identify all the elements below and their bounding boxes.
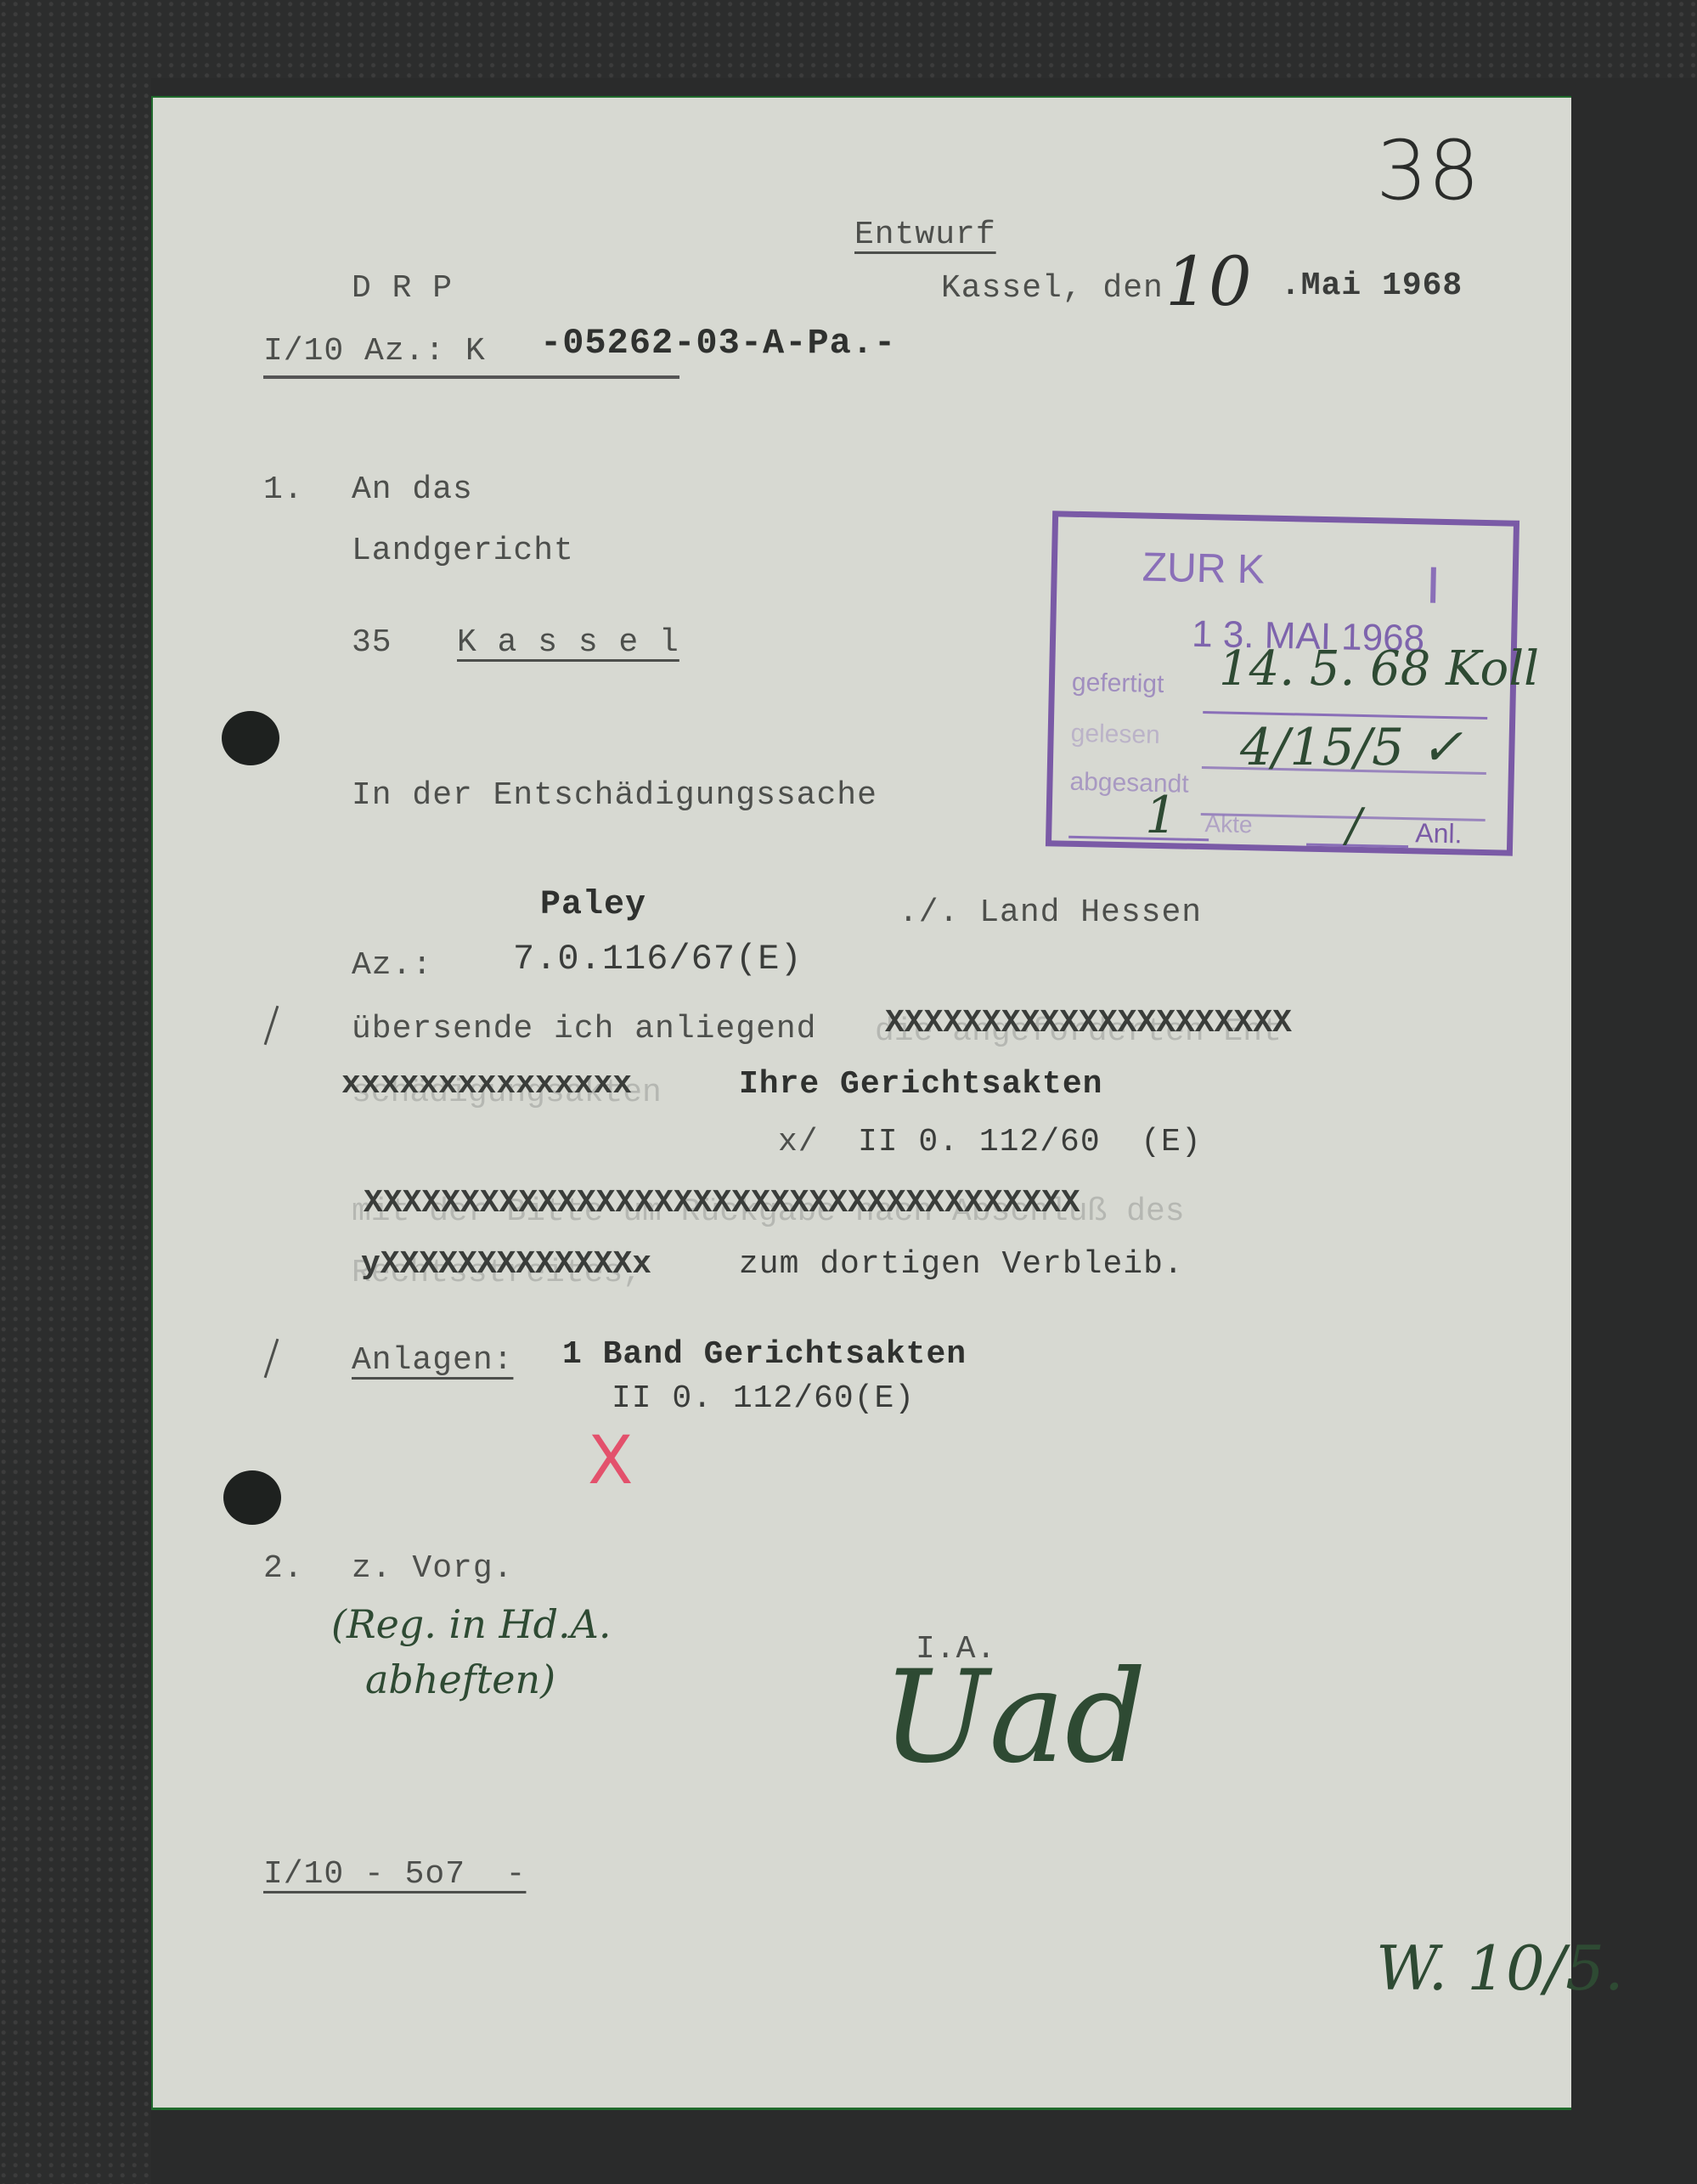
punch-hole-top bbox=[222, 711, 279, 765]
place-date-prefix: Kassel, den bbox=[941, 270, 1164, 307]
ref-underline bbox=[263, 375, 679, 379]
body-line3-text: II 0. 112/60 (E) bbox=[858, 1124, 1202, 1160]
date-rest: .Mai 1968 bbox=[1281, 268, 1463, 304]
postal-code: 35 bbox=[352, 624, 392, 661]
punch-hole-bottom bbox=[223, 1470, 281, 1525]
stamp-akte-label: Akte bbox=[1204, 810, 1253, 838]
background-top bbox=[0, 0, 1697, 78]
az-label: Az.: bbox=[352, 947, 432, 984]
red-check-mark: X bbox=[588, 1423, 633, 1499]
stamp-anl-count: / bbox=[1346, 799, 1362, 852]
document-page: 38 Entwurf D R P Kassel, den 10 .Mai 196… bbox=[151, 96, 1571, 2110]
signature-handwritten: Uad bbox=[882, 1644, 1147, 1792]
recipient-line1: An das bbox=[352, 471, 473, 508]
ref-label: I/10 Az.: K bbox=[263, 333, 486, 370]
stamp-akte-line bbox=[1068, 836, 1209, 841]
section2-note-line2: abheften) bbox=[365, 1656, 555, 1702]
body-line5-strike: yXXXXXXXXXXXXXx bbox=[361, 1246, 651, 1283]
section2-note-line1: (Reg. in Hd.A. bbox=[331, 1601, 611, 1647]
body-line4-strike: XXXXXXXXXXXXXXXXXXXXXXXXXXXXXXXXXXXXX bbox=[364, 1185, 1080, 1222]
recipient-line2: Landgericht bbox=[352, 533, 574, 569]
body-line1-text: übersende ich anliegend bbox=[352, 1011, 817, 1047]
body-line2-strike: xxxxxxxxxxxxxxx bbox=[341, 1066, 632, 1103]
body-line1-strike: XXXXXXXXXXXXXXXXXXXXX bbox=[885, 1005, 1292, 1041]
stamp-akte-count: 1 bbox=[1145, 786, 1177, 845]
draft-label: Entwurf bbox=[854, 217, 996, 253]
section2-text: z. Vorg. bbox=[352, 1550, 513, 1587]
stamp-title-end bbox=[1430, 567, 1436, 603]
recipient-city: K a s s e l bbox=[457, 624, 679, 661]
margin-mark-1 bbox=[264, 1006, 279, 1046]
stamp-row2-label: gelesen bbox=[1070, 720, 1160, 750]
footer-handwritten-mark: W. 10/5. bbox=[1376, 1933, 1624, 2004]
party-defendant: ./. Land Hessen bbox=[899, 894, 1202, 931]
attachments-line1: 1 Band Gerichtsakten bbox=[562, 1336, 967, 1373]
page-number: 38 bbox=[1376, 123, 1480, 218]
attachments-line2: II 0. 112/60(E) bbox=[612, 1380, 915, 1417]
body-line5-text: zum dortigen Verbleib. bbox=[739, 1246, 1184, 1283]
background-left bbox=[0, 0, 151, 2184]
footer-ref: I/10 - 5o7 - bbox=[263, 1856, 526, 1893]
matter-intro: In der Entschädigungssache bbox=[352, 777, 877, 814]
ref-number: -05262-03-A-Pa.- bbox=[540, 323, 896, 364]
body-line2-text: Ihre Gerichtsakten bbox=[739, 1066, 1102, 1103]
stamp-title: ZUR K bbox=[1142, 545, 1265, 594]
az-value: 7.0.116/67(E) bbox=[513, 939, 803, 979]
sender: D R P bbox=[352, 270, 453, 307]
date-day-handwritten: 10 bbox=[1165, 242, 1252, 321]
stamp-row3-value: 4/15/5 ✓ bbox=[1240, 718, 1463, 777]
margin-mark-2 bbox=[264, 1339, 279, 1379]
stamp-anl-label: Anl. bbox=[1415, 817, 1463, 849]
section2-number: 2. bbox=[263, 1550, 304, 1587]
stamp-row1-value: 14. 5. 68 Koll bbox=[1219, 641, 1539, 697]
body-line3-prefix: x/ bbox=[778, 1124, 819, 1160]
attachments-label: Anlagen: bbox=[352, 1342, 513, 1379]
section1-number: 1. bbox=[263, 471, 304, 508]
stamp-row1-label: gefertigt bbox=[1072, 669, 1164, 699]
party-plaintiff: Paley bbox=[540, 886, 646, 924]
